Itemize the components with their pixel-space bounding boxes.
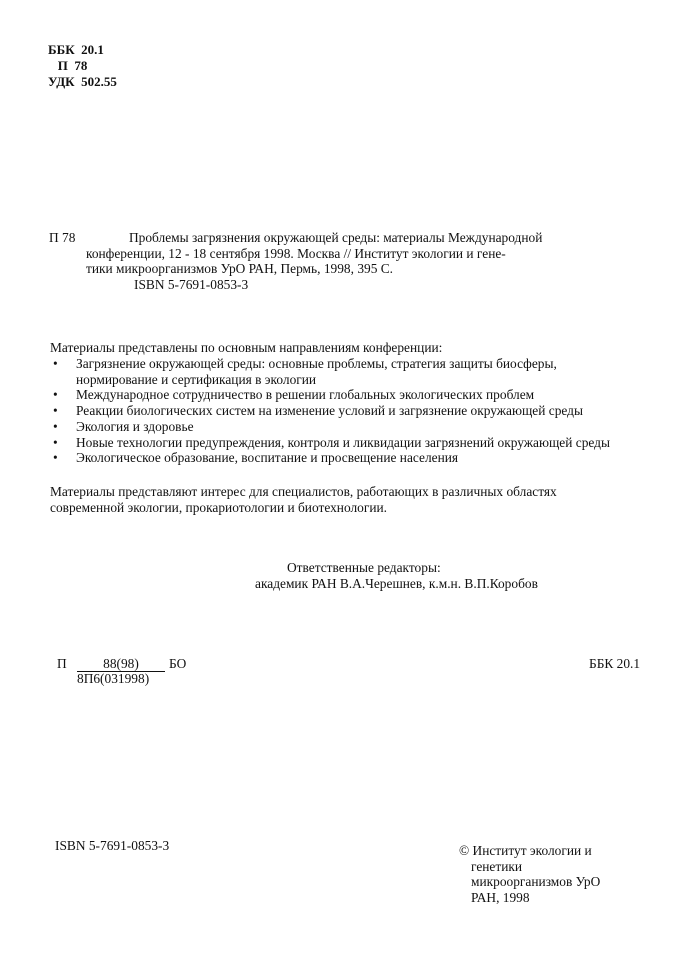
editors-names: академик РАН В.А.Черешнев, к.м.н. В.П.Ко… [255, 576, 538, 592]
catalog-denominator: 8П6(031998) [77, 671, 149, 687]
bibliographic-sign: П 78 [49, 230, 75, 246]
topic-item: Новые технологии предупреждения, контрол… [50, 435, 670, 451]
topics-list: Загрязнение окружающей среды: основные п… [50, 356, 670, 466]
biblio-line-3: тики микроорганизмов УрО РАН, Пермь, 199… [86, 261, 599, 277]
catalog-index: П88(98)БО [57, 656, 186, 672]
copyright-line-4: РАН, 1998 [459, 890, 600, 906]
copyright-line-2: генетики [459, 859, 600, 875]
interest-line-2: современной экологии, прокариотологии и … [50, 500, 557, 516]
annotation-intro: Материалы представлены по основным напра… [50, 340, 442, 356]
topic-item: Экологическое образование, воспитание и … [50, 450, 670, 466]
catalog-letter: П [57, 656, 77, 672]
author-sign: П 78 [48, 58, 117, 74]
editors-label: Ответственные редакторы: [287, 560, 441, 576]
catalog-numerator: 88(98) [77, 657, 165, 672]
bbk-code: ББК 20.1 [48, 42, 117, 58]
copyright-line-3: микроорганизмов УрО [459, 874, 600, 890]
topic-item: Загрязнение окружающей среды: основные п… [50, 356, 636, 387]
classification-codes: ББК 20.1 П 78 УДК 502.55 [48, 42, 117, 90]
biblio-line-1: Проблемы загрязнения окружающей среды: м… [129, 230, 599, 246]
catalog-suffix: БО [169, 656, 186, 671]
biblio-line-2: конференции, 12 - 18 сентября 1998. Моск… [86, 246, 599, 262]
isbn: ISBN 5-7691-0853-3 [55, 838, 169, 854]
biblio-isbn: ISBN 5-7691-0853-3 [134, 277, 599, 293]
copyright-line-1: © Институт экологии и [459, 843, 600, 859]
topic-item: Международное сотрудничество в решении г… [50, 387, 670, 403]
bbk-right: ББК 20.1 [589, 656, 640, 672]
interest-line-1: Материалы представляют интерес для специ… [50, 484, 557, 500]
interest-statement: Материалы представляют интерес для специ… [50, 484, 557, 515]
bibliographic-record: Проблемы загрязнения окружающей среды: м… [129, 230, 599, 292]
copyright-notice: © Институт экологии и генетики микроорга… [459, 843, 600, 905]
topic-item: Реакции биологических систем на изменени… [50, 403, 670, 419]
topic-item: Экология и здоровье [50, 419, 670, 435]
udk-code: УДК 502.55 [48, 74, 117, 90]
